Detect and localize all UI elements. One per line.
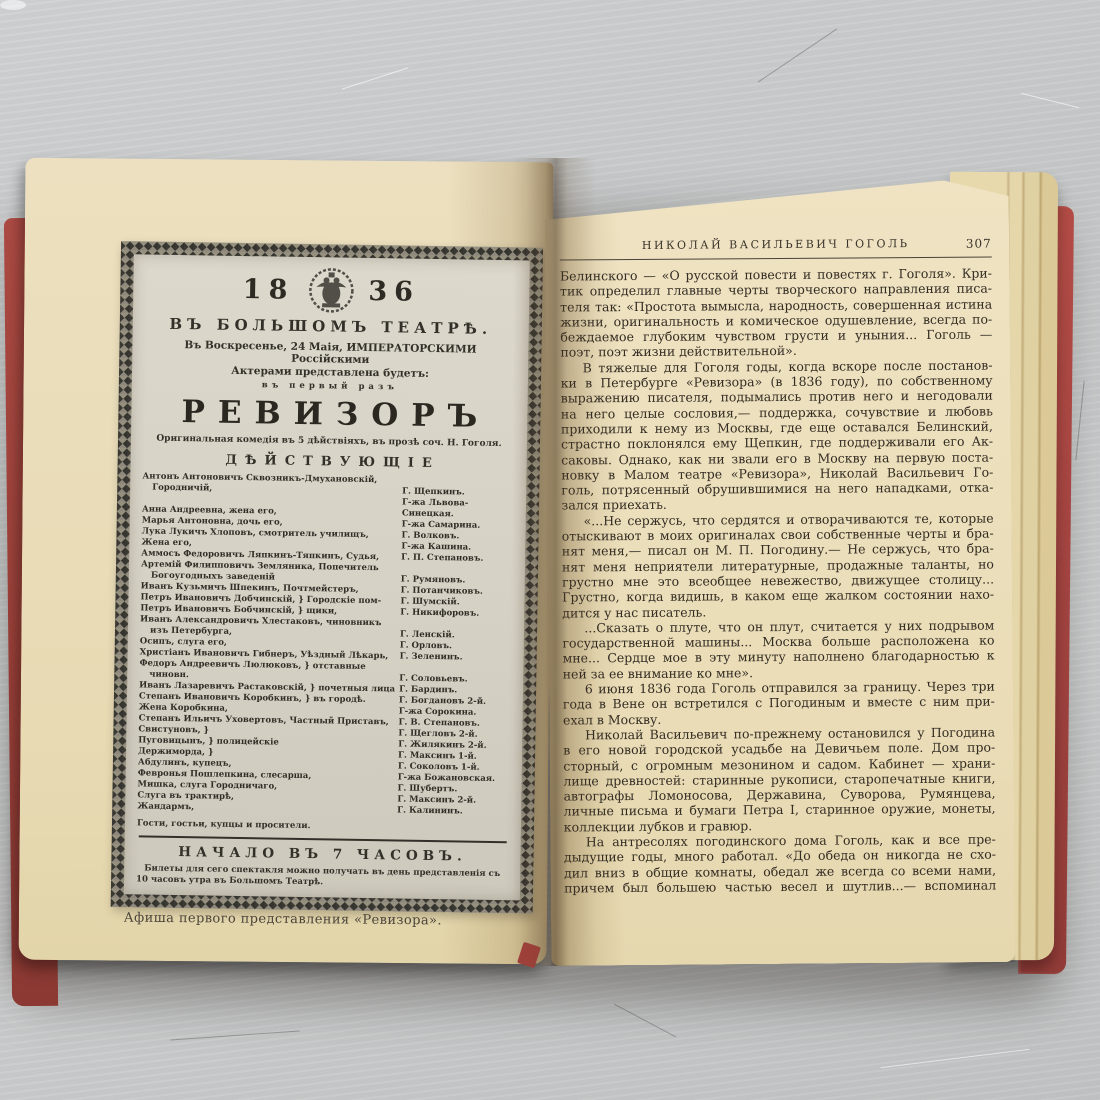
- playbill-subtitle: Оригинальная комедія въ 5 дѣйствіяхъ, въ…: [143, 433, 515, 449]
- playbill-caption: Афиша первого представления «Ревизора».: [19, 910, 547, 930]
- cast-role: Антонъ Антоновичъ Сквозникъ-Дмухановскій…: [142, 471, 402, 497]
- cast-list: Антонъ Антоновичъ Сквозникъ-Дмухановскій…: [137, 471, 514, 818]
- scratch-mark: [342, 67, 409, 90]
- cast-actor: Г. Калининъ.: [397, 805, 509, 818]
- text-line: мне... Сердце мое в эту минуту наполнено…: [563, 648, 995, 666]
- cast-actor: Г-жа Львова-Синецкая.: [402, 498, 514, 522]
- page-number: 307: [966, 237, 992, 251]
- playbill-tickets-note: Билеты для сего спектакля можно получать…: [136, 863, 508, 891]
- right-page-text: НИКОЛАЙ ВАСИЛЬЕВИЧ ГОГОЛЬ 307 Белинского…: [560, 237, 997, 896]
- playbill-reproduction: 18 36 ВЪ БОЛЬШОМЪ ТЕАТРѢ. Въ Воскресенье…: [111, 241, 543, 914]
- cast-actor: Г. Зеленинъ.: [400, 652, 512, 665]
- playbill-start-time-line: НАЧАЛО ВЪ 7 ЧАСОВЪ.: [136, 843, 508, 865]
- cast-actor: Г. П. Степановъ.: [401, 553, 513, 566]
- year-right: 36: [368, 275, 420, 307]
- left-page: 18 36 ВЪ БОЛЬШОМЪ ТЕАТРѢ. Въ Воскресенье…: [19, 158, 554, 965]
- scratch-mark: [880, 1049, 1029, 1068]
- playbill-first-time-line: въ первый разъ: [144, 378, 516, 394]
- scratch-mark: [614, 1004, 676, 1038]
- scratch-mark: [170, 1030, 300, 1040]
- year-left: 18: [243, 274, 295, 306]
- body-text: Белинского — «О русской повести и повест…: [560, 266, 996, 896]
- photo-of-open-book: 18 36 ВЪ БОЛЬШОМЪ ТЕАТРѢ. Въ Воскресенье…: [0, 0, 1100, 1100]
- text-line: года в Вене он встретился с Погодиным и …: [563, 694, 995, 712]
- playbill-cast-header: ДѢЙСТВУЮЩІЕ: [143, 451, 515, 472]
- scratch-mark: [1021, 93, 1079, 108]
- running-header-title: НИКОЛАЙ ВАСИЛЬЕВИЧ ГОГОЛЬ: [642, 237, 910, 252]
- playbill-rule: [139, 835, 507, 843]
- paint-speck: [0, 0, 26, 10]
- header-rule: [560, 257, 992, 261]
- scratch-mark: [758, 29, 837, 83]
- text-line: личные письма и бумаги Петра I, старинно…: [564, 801, 996, 819]
- right-page: НИКОЛАЙ ВАСИЛЬЕВИЧ ГОГОЛЬ 307 Белинского…: [545, 180, 1016, 966]
- cast-actor: Г. Никифоровъ.: [400, 608, 512, 621]
- scratch-mark: [1075, 381, 1084, 461]
- text-line: причем был большею частью весел и шутлив…: [564, 877, 996, 895]
- playbill-extras-line: Гости, гостьи, купцы и просители.: [137, 818, 509, 834]
- playbill-year-row: 18 36: [145, 264, 518, 316]
- running-header: НИКОЛАЙ ВАСИЛЬЕВИЧ ГОГОЛЬ 307: [560, 237, 992, 256]
- imperial-theatre-seal-icon: [308, 267, 355, 314]
- text-line: Грустно, когда видишь, в каком еще жалко…: [562, 587, 994, 605]
- playbill-theatre-line: ВЪ БОЛЬШОМЪ ТЕАТРѢ.: [145, 314, 517, 338]
- playbill-paper: 18 36 ВЪ БОЛЬШОМЪ ТЕАТРѢ. Въ Воскресенье…: [124, 254, 530, 900]
- playbill-title: РЕВИЗОРЪ: [143, 393, 516, 435]
